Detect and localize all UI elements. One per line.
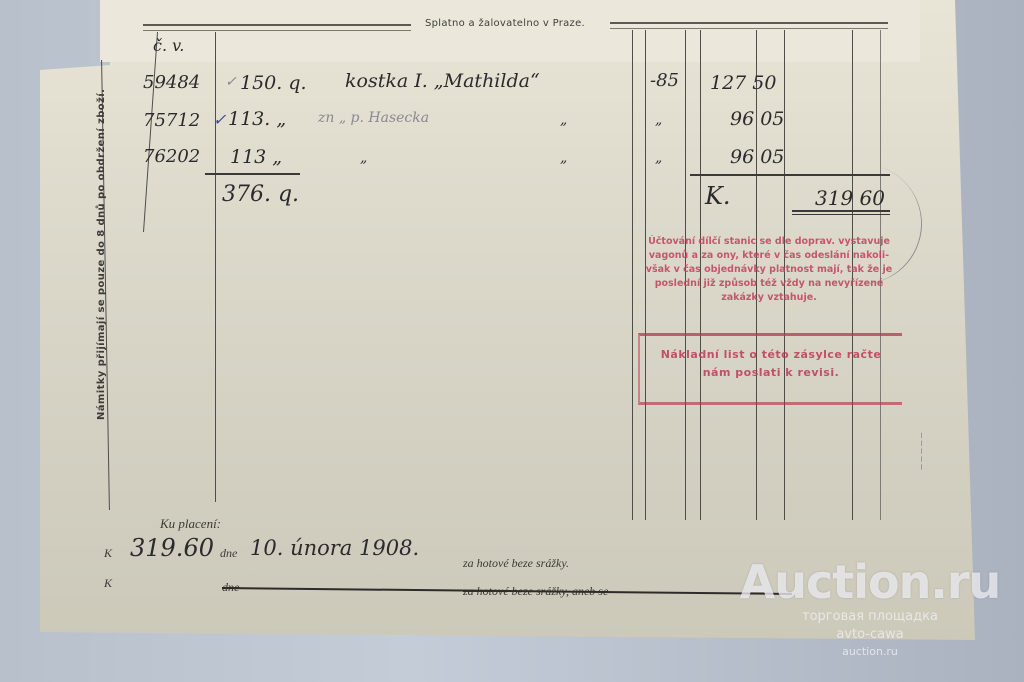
item-number: 76202 <box>143 146 200 167</box>
stamp-line: však v čas objednávky platnost mají, tak… <box>628 263 910 277</box>
invoice-header-area <box>100 0 920 62</box>
watermark-subtitle: торговая площадка <box>730 608 1010 626</box>
item-faint-note: zn „ p. Hasecka <box>318 110 429 126</box>
billing-stamp: Účtování dílčí stanic se dle doprav. vys… <box>628 235 910 305</box>
item-unit-price: „ <box>655 112 662 128</box>
ditto-mark: „ <box>560 112 567 128</box>
payment-amount: 319.60 <box>130 534 214 562</box>
item-unit-price: „ <box>655 150 662 166</box>
item-amount: 96 05 <box>730 108 784 130</box>
item-description: kostka I. „Mathilda“ <box>345 70 540 92</box>
dne-label: dne <box>220 546 237 561</box>
check-mark: ✓ <box>225 74 237 90</box>
watermark-site: auction.ru <box>730 644 1010 660</box>
item-quantity: 113 „ <box>230 146 282 168</box>
header-rule-left <box>143 24 411 31</box>
stamp-line: poslední již způsob též vždy na nevyříze… <box>628 277 910 291</box>
auction-watermark: Auction.ru торговая площадка avto-cawa a… <box>730 556 1010 660</box>
ditto-mark: „ <box>560 150 567 166</box>
payment-terms: za hotové beze srážky. <box>463 556 569 571</box>
item-number: 59484 <box>143 72 200 93</box>
item-amount: 127 50 <box>710 72 776 94</box>
item-quantity: 113. „ <box>228 108 286 130</box>
ditto-mark: „ <box>360 150 367 166</box>
payment-date: 10. února 1908. <box>250 536 419 560</box>
currency-k: K <box>104 546 112 561</box>
column-header-number: č. v. <box>153 36 184 55</box>
watermark-brand: Auction.ru <box>730 556 1010 608</box>
printer-mark: — — — — — <box>918 432 925 470</box>
item-quantity: 150. q. <box>240 72 307 94</box>
stamp-line: zakázky vztahuje. <box>628 291 910 305</box>
header-rule-right <box>610 22 888 29</box>
stamp-box-line: nám poslati k revisi. <box>640 364 902 382</box>
item-unit-price: -85 <box>650 70 679 91</box>
stamp-box-line: Nákladní list o této zásylce račte <box>640 346 902 364</box>
stamp-line: Účtování dílčí stanic se dle doprav. vys… <box>628 235 910 249</box>
payment-label: Ku placení: <box>160 516 221 532</box>
waybill-stamp: Nákladní list o této zásylce račte nám p… <box>638 333 902 405</box>
check-mark: ✓ <box>213 110 226 129</box>
item-number: 75712 <box>143 110 200 131</box>
column-line <box>215 32 216 502</box>
currency-k: K <box>104 576 112 591</box>
total-currency: K. <box>705 182 731 210</box>
stamp-line: vagonů a za ony, které v čas odeslání na… <box>628 249 910 263</box>
item-amount: 96 05 <box>730 146 784 168</box>
subtotal-rule <box>205 173 300 175</box>
total-quantity: 376. q. <box>222 182 299 207</box>
header-title: Splatno a žalovatelno v Praze. <box>425 18 585 29</box>
watermark-seller: avto-cawa <box>730 626 1010 644</box>
complaints-note: Námitky přijímají se pouze do 8 dnů po o… <box>96 89 107 420</box>
